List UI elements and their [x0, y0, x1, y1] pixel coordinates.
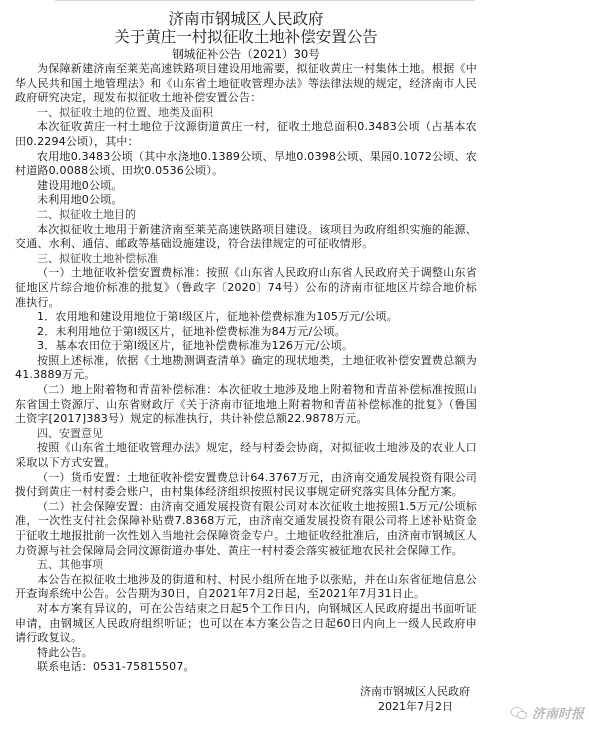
paragraph: 按照上述标准，依据《土地勘测调查清单》确定的现状地类，土地征收补偿安置费总额为4… [15, 354, 477, 383]
paragraph: 2．未利用地位于第Ⅰ级区片，征地补偿费标准为84万元/公顷。 [15, 325, 477, 340]
watermark-text: 济南时报 [532, 703, 584, 722]
paragraph: 农用地0.3483公顷（其中水浇地0.1389公顷、旱地0.0398公顷、果园0… [15, 150, 477, 179]
section-4: 四、安置意见 按照《山东省土地征收管理办法》规定，经与村委会协商，对拟征收土地涉… [15, 427, 477, 558]
document-number: 钢城征补公告（2021）30号 [15, 47, 477, 62]
issuer-title: 济南市钢城区人民政府 [15, 10, 477, 28]
notice-title: 关于黄庄一村拟征收土地补偿安置公告 [15, 28, 477, 47]
paragraph: 按照《山东省土地征收管理办法》规定，经与村委会协商，对拟征收土地涉及的农业人口采… [15, 441, 477, 470]
section-heading: 三、拟征收土地补偿标准 [15, 252, 477, 267]
paragraph: （一）土地征收补偿安置费标准：按照《山东省人民政府山东省人民政府关于调整山东省征… [15, 266, 477, 310]
contact-phone: 联系电话：0531-75815507。 [15, 660, 477, 675]
top-border [55, 0, 475, 1]
section-1: 一、拟征收土地的位置、地类及面积 本次征收黄庄一村土地位于汶源街道黄庄一村，征收… [15, 106, 477, 208]
paragraph: 本次拟征收土地用于新建济南至莱芜高速铁路项目建设。该项目为政府组织实施的能源、交… [15, 223, 477, 252]
section-3: 三、拟征收土地补偿标准 （一）土地征收补偿安置费标准：按照《山东省人民政府山东省… [15, 252, 477, 427]
paragraph: 特此公告。 [15, 646, 477, 661]
signature-block: 济南市钢城区人民政府 2021年7月2日 [360, 684, 470, 714]
signature-org: 济南市钢城区人民政府 [360, 684, 470, 699]
watermark: 济南时报 [510, 703, 584, 722]
paragraph: （二）地上附着物和青苗补偿标准：本次征收土地涉及地上附着物和青苗补偿标准按照山东… [15, 383, 477, 427]
paragraph: 1．农用地和建设用地位于第Ⅰ级区片，征地补偿费标准为105万元/公顷。 [15, 310, 477, 325]
paragraph: 本次征收黄庄一村土地位于汶源街道黄庄一村，征收土地总面积0.3483公顷（占基本… [15, 120, 477, 149]
paragraph: 对本方案有异议的，可在公告结束之日起5个工作日内，向钢城区人民政府提出书面听证申… [15, 602, 477, 646]
paragraph: 3．基本农田位于第Ⅰ级区片，征地补偿费标准为126万元/公顷。 [15, 339, 477, 354]
section-heading: 四、安置意见 [15, 427, 477, 442]
paragraph: （一）货币安置：土地征收补偿安置费总计64.3767万元，由济南交通发展投资有限… [15, 471, 477, 500]
intro-paragraph: 为保障新建济南至莱芜高速铁路项目建设用地需要，拟征收黄庄一村集体土地。根据《中华… [15, 62, 477, 106]
section-heading: 二、拟征收土地目的 [15, 208, 477, 223]
section-5: 五、其他事项 本公告在拟征收土地涉及的街道和村、村民小组所在地予以张贴，并在山东… [15, 558, 477, 675]
section-heading: 一、拟征收土地的位置、地类及面积 [15, 106, 477, 121]
wechat-icon [510, 706, 528, 720]
paragraph: 建设用地0公顷。 [15, 179, 477, 194]
paragraph: （二）社会保障安置：由济南交通发展投资有限公司对本次征收土地按照1.5万元/公顷… [15, 500, 477, 558]
paragraph: 未利用地0公顷。 [15, 193, 477, 208]
signature-date: 2021年7月2日 [360, 699, 470, 714]
section-heading: 五、其他事项 [15, 558, 477, 573]
section-2: 二、拟征收土地目的 本次拟征收土地用于新建济南至莱芜高速铁路项目建设。该项目为政… [15, 208, 477, 252]
paragraph: 本公告在拟征收土地涉及的街道和村、村民小组所在地予以张贴，并在山东省征地信息公开… [15, 573, 477, 602]
document-body: 济南市钢城区人民政府 关于黄庄一村拟征收土地补偿安置公告 钢城征补公告（2021… [15, 10, 477, 675]
